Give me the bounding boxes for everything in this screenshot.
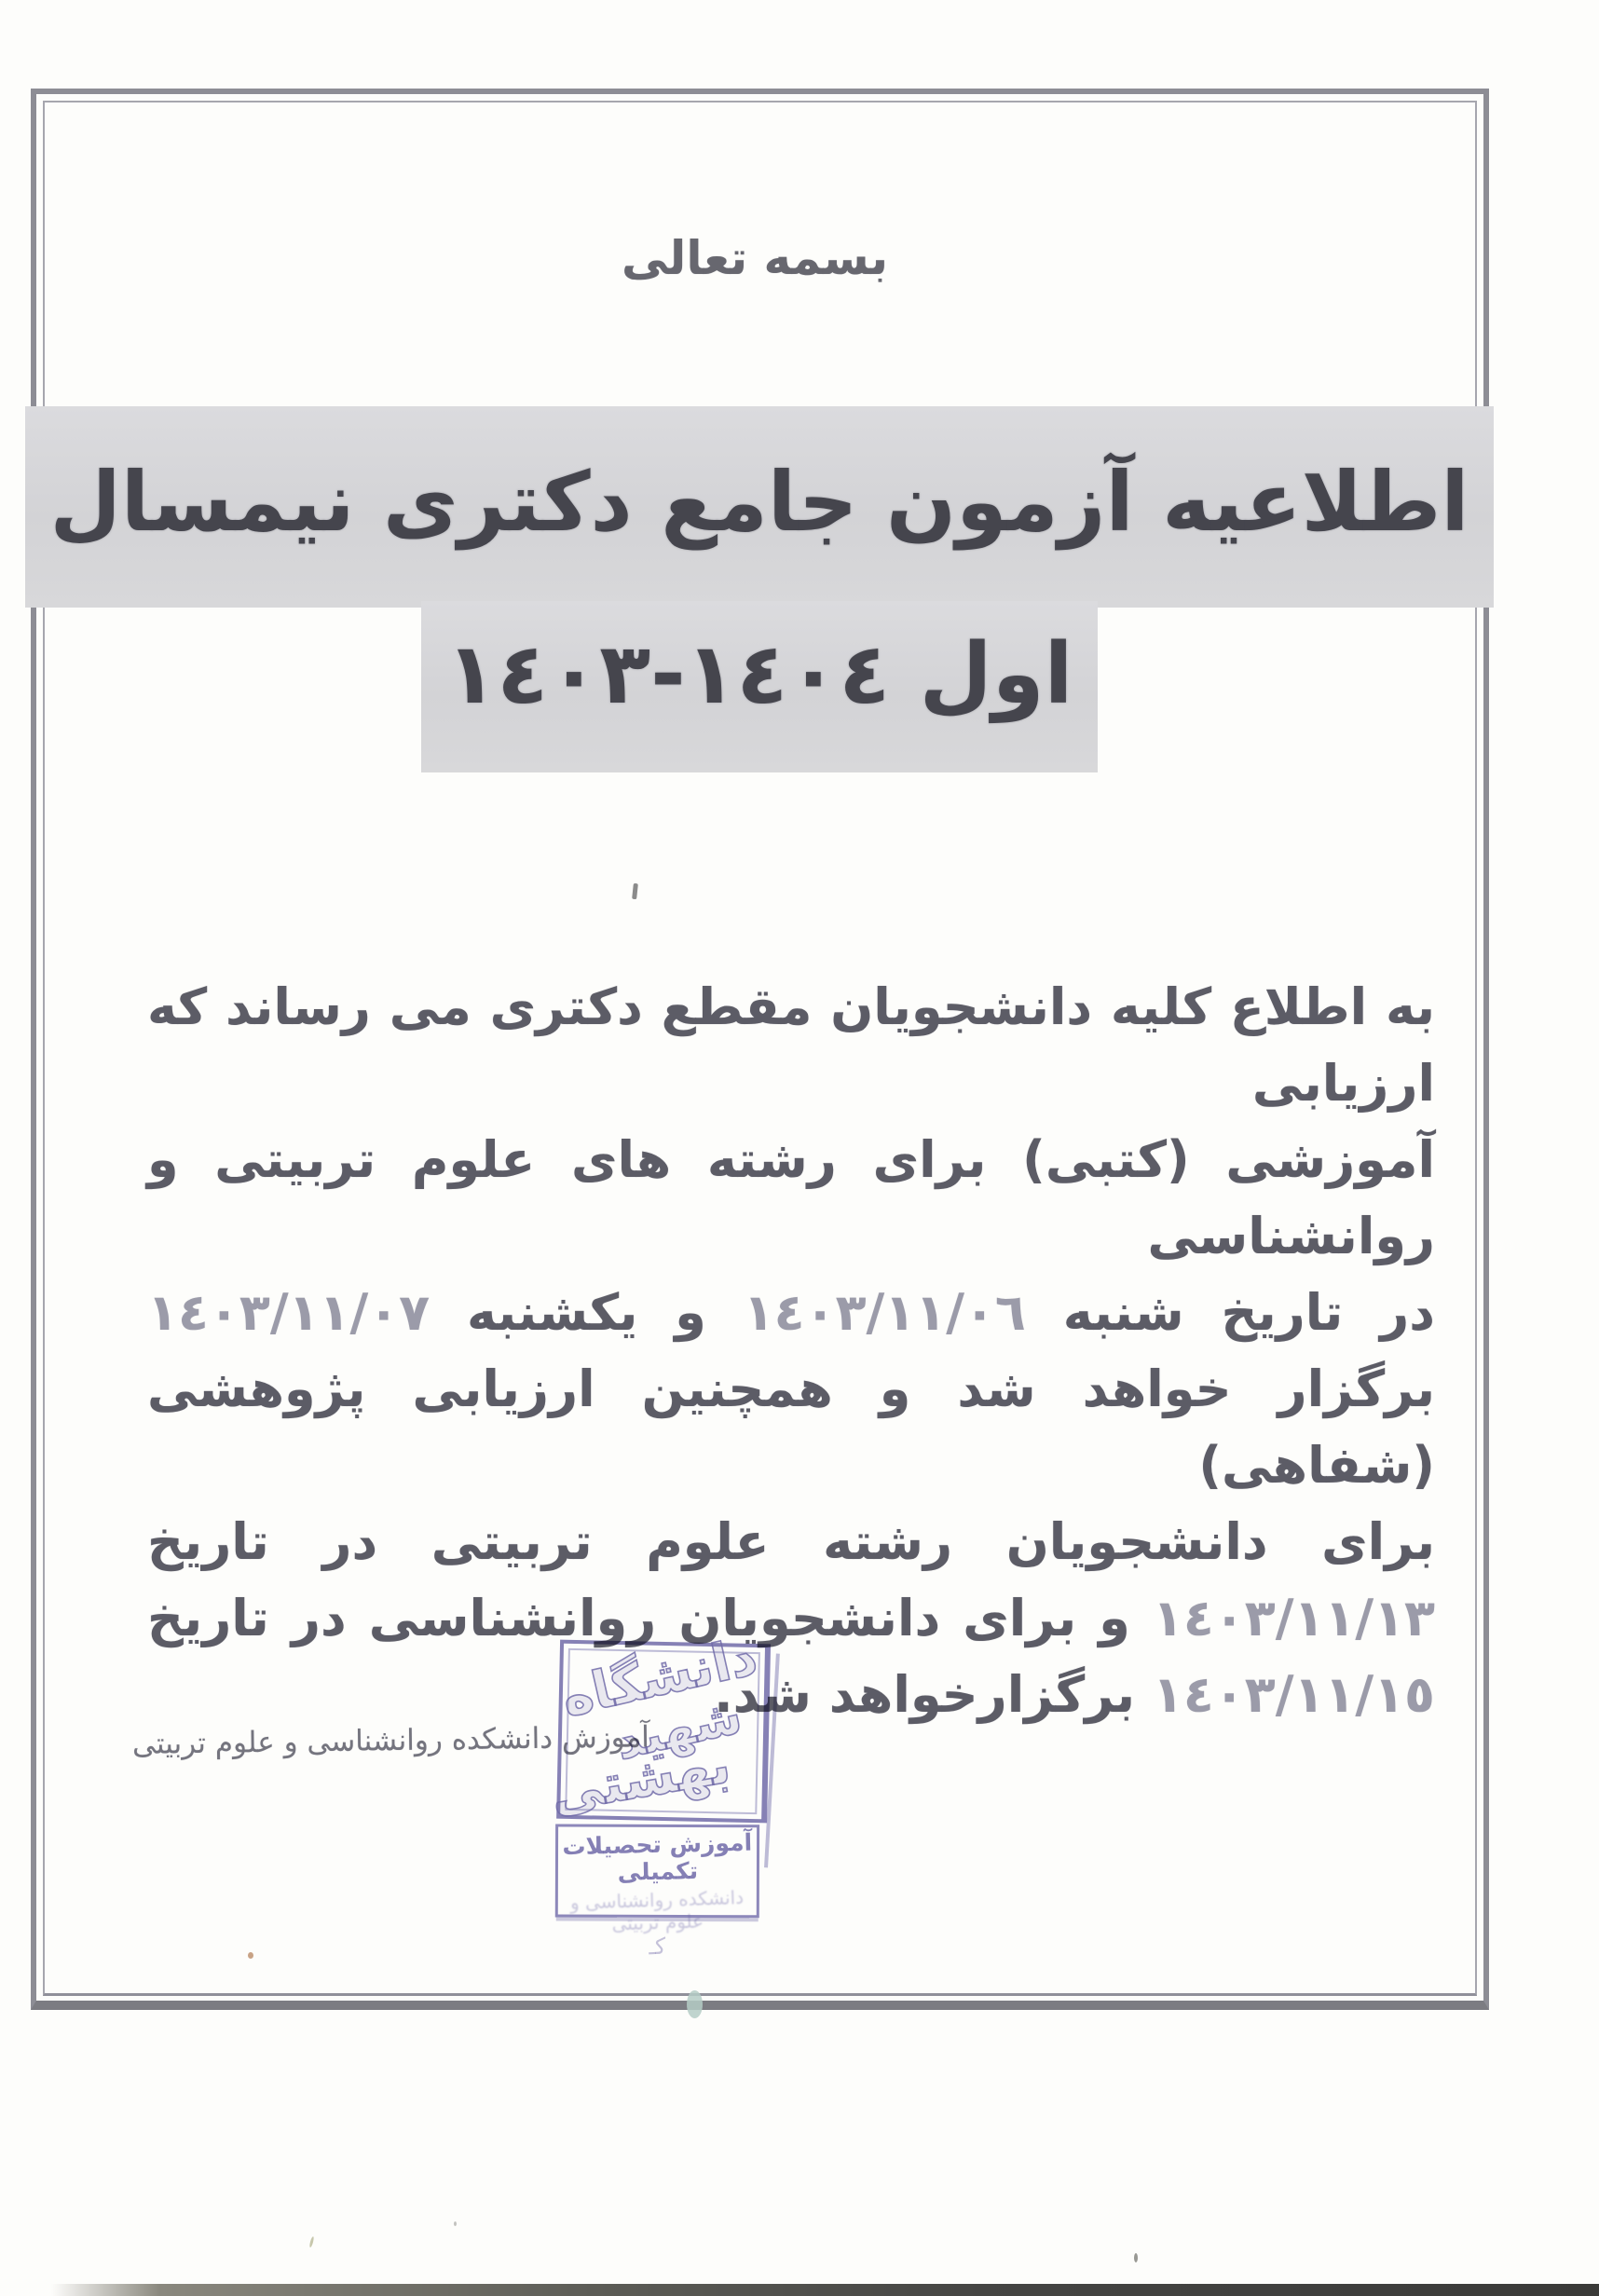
body-line: ١٤٠٣/١١/١٣ و برای دانشجویان روانشناسی در… — [147, 1580, 1435, 1657]
stamp-logo-box: دانشگاه شهید بهشتی — [556, 1640, 771, 1824]
body-line: ١٤٠٣/١١/١٥ برگزارخواهد شد. — [147, 1657, 1435, 1733]
announcement-body: به اطلاع کلیه دانشجویان مقطع دکتری می رس… — [147, 969, 1435, 1733]
date-value: ١٤٠٣/١١/٠٦ — [744, 1283, 1026, 1342]
scanner-edge-band — [51, 2284, 1599, 2296]
besmele-header: بسمه تعالی — [0, 231, 1510, 285]
title-line-2: اول ١٤٠٤-١٤٠٣ — [0, 601, 1519, 772]
title-semester-label: اول — [920, 625, 1073, 723]
university-stamp: دانشگاه شهید بهشتی آموزش تحصیلات تکمیلی … — [554, 1640, 771, 1920]
scanned-announcement-page: { "page": { "besmele": "بسمه تعالی", "ti… — [0, 0, 1599, 2296]
scan-dust-dot — [687, 1990, 703, 2018]
body-text-segment: در تاریخ شنبه — [1026, 1283, 1435, 1342]
body-text-segment: و یکشنبه — [430, 1283, 744, 1342]
body-line: برگزار خواهد شد و همچنین ارزیابی پژوهشی … — [147, 1351, 1435, 1504]
body-text-segment: به اطلاع کلیه دانشجویان مقطع دکتری می رس… — [147, 977, 1435, 1113]
body-text-segment: برگزار خواهد شد و همچنین ارزیابی پژوهشی … — [147, 1360, 1435, 1495]
stamp-faint-line: دانشکده روانشناسی و علوم تربیتی — [557, 1886, 758, 1937]
paper-speck — [248, 1952, 253, 1959]
stamp-caption-box: آموزش تحصیلات تکمیلی دانشکده روانشناسی و… — [555, 1824, 760, 1919]
body-line: آموزشی (کتبی) برای رشته های علوم تربیتی … — [147, 1122, 1435, 1275]
title-academic-years: ١٤٠٤-١٤٠٣ — [445, 625, 890, 723]
announcement-title: اطلاعیه آزمون جامع دکتری نیمسال اول ١٤٠٤… — [0, 406, 1519, 772]
date-value: ١٤٠٣/١١/٠٧ — [147, 1283, 430, 1342]
body-line: به اطلاع کلیه دانشجویان مقطع دکتری می رس… — [147, 969, 1435, 1122]
title-line-2-text: اول ١٤٠٤-١٤٠٣ — [421, 601, 1097, 772]
paper-speck — [1134, 2253, 1138, 2262]
paper-speck — [308, 2236, 314, 2248]
body-line: در تاریخ شنبه ١٤٠٣/١١/٠٦ و یکشنبه ١٤٠٣/١… — [147, 1275, 1435, 1351]
date-value: ١٤٠٣/١١/١٣ — [1153, 1589, 1435, 1647]
title-line-1-text: اطلاعیه آزمون جامع دکتری نیمسال — [25, 406, 1493, 608]
body-text-segment: برای دانشجویان رشته علوم تربیتی در تاریخ — [147, 1512, 1435, 1571]
date-value: ١٤٠٣/١١/١٥ — [1153, 1665, 1435, 1724]
stamp-graduate-education-line: آموزش تحصیلات تکمیلی — [557, 1828, 757, 1887]
body-text-segment: و برای دانشجویان روانشناسی در تاریخ — [147, 1589, 1153, 1647]
body-text-segment: برگزارخواهد شد. — [714, 1665, 1153, 1724]
paper-speck — [454, 2221, 457, 2226]
title-line-1: اطلاعیه آزمون جامع دکتری نیمسال — [0, 406, 1519, 608]
body-text-segment: آموزشی (کتبی) برای رشته های علوم تربیتی … — [147, 1130, 1435, 1265]
body-line: برای دانشجویان رشته علوم تربیتی در تاریخ — [147, 1504, 1435, 1580]
